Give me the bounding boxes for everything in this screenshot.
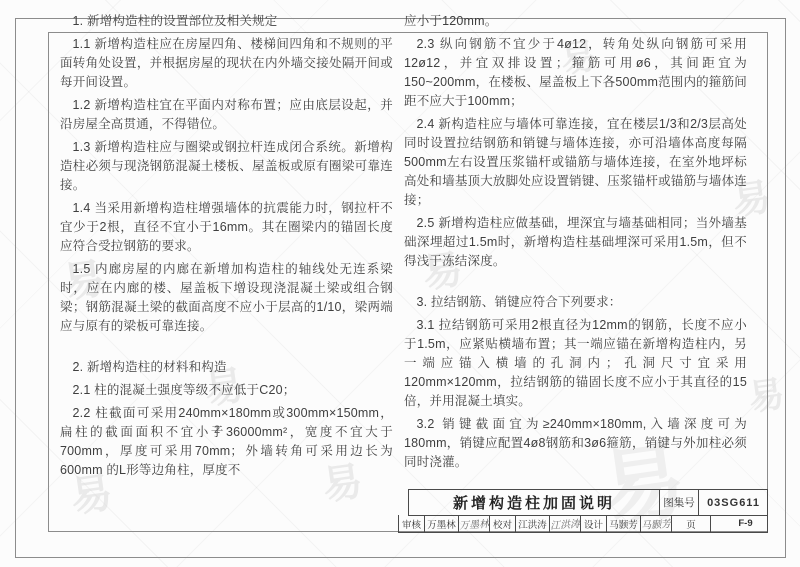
note-heading-3: 3. 拉结钢筋、销键应符合下列要求： bbox=[404, 293, 747, 312]
reviewer-signature-text: 万墨林 bbox=[459, 515, 490, 532]
note-3-2: 3.2 销键截面宜为≥240mm×180mm,入墙深度可为180mm，销键应配置… bbox=[404, 415, 747, 472]
note-2-2: 2.2 柱截面可采用240mm×180mm或300mm×150mm，扁柱的截面面… bbox=[60, 404, 393, 480]
note-1-5: 1.5 内廊房屋的内廊在新增加构造柱的轴线处无连系梁时，应在内廊的楼、屋盖板下增… bbox=[60, 260, 393, 336]
page-value: F-9 bbox=[711, 515, 780, 532]
designer-name: 马颢芳 bbox=[607, 515, 641, 532]
note-1-3: 1.3 新增构造柱应与圈梁或钢拉杆连成闭合系统。新增构造柱必须与现浇钢筋混凝土楼… bbox=[60, 138, 393, 195]
proofreader-label: 校对 bbox=[490, 515, 516, 532]
designer-signature: 马颢芳 bbox=[641, 515, 672, 532]
title-block-bottom-row: 审核 万墨林 万墨林 校对 江洪涛 江洪涛 设计 马颢芳 马颢芳 页 F-9 bbox=[398, 515, 768, 533]
designer-label: 设计 bbox=[581, 515, 607, 532]
note-1-2: 1.2 新增构造柱宜在平面内对称布置；应由底层设起，并沿房屋全高贯通，不得错位。 bbox=[60, 96, 393, 134]
notes-column-right: 应小于120mm。 2.3 纵向钢筋不宜少于4ø12，转角处纵向钢筋可采用12ø… bbox=[404, 8, 747, 476]
proofreader-signature-text: 江洪涛 bbox=[550, 515, 581, 532]
sheet-page-number: 2 bbox=[214, 424, 220, 436]
note-heading-2: 2. 新增构造柱的材料和构造 bbox=[60, 358, 393, 377]
note-1-4: 1.4 当采用新增构造柱增强墙体的抗震能力时，钢拉杆不宜少于2根，直径不宜小于1… bbox=[60, 199, 393, 256]
note-1-1: 1.1 新增构造柱应在房屋四角、楼梯间四角和不规则的平面转角处设置，并根据房屋的… bbox=[60, 35, 393, 92]
reviewer-label: 审核 bbox=[399, 515, 425, 532]
title-block-top-row: 新增构造柱加固说明 图集号 03SG611 bbox=[408, 489, 768, 516]
note-3-1: 3.1 拉结钢筋可采用2根直径为12mm的钢筋，长度不应小于1.5m，应紧贴横墙… bbox=[404, 316, 747, 411]
designer-signature-text: 马颢芳 bbox=[641, 515, 672, 532]
drawing-title: 新增构造柱加固说明 bbox=[409, 490, 660, 515]
notes-column-left: 1. 新增构造柱的设置部位及相关规定 1.1 新增构造柱应在房屋四角、楼梯间四角… bbox=[60, 8, 393, 484]
note-2-5: 2.5 新增构造柱应做基础，埋深宜与墙基础相同；当外墙基础深埋超过1.5m时，新… bbox=[404, 214, 747, 271]
atlas-number-value: 03SG611 bbox=[699, 490, 768, 515]
reviewer-name: 万墨林 bbox=[425, 515, 459, 532]
note-2-2-continued: 应小于120mm。 bbox=[404, 12, 747, 31]
atlas-number-label: 图集号 bbox=[660, 490, 699, 515]
drawing-sheet: 易 易 易 易 易 易 易 易 易 1. 新增构造柱的设置部位及相关规定 1.1… bbox=[0, 0, 800, 567]
note-2-1: 2.1 柱的混凝土强度等级不应低于C20； bbox=[60, 381, 393, 400]
note-heading-1: 1. 新增构造柱的设置部位及相关规定 bbox=[60, 12, 393, 31]
note-2-4: 2.4 新构造柱应与墙体可靠连接，宜在楼层1/3和2/3层高处同时设置拉结钢筋和… bbox=[404, 115, 747, 210]
proofreader-signature: 江洪涛 bbox=[550, 515, 581, 532]
proofreader-name: 江洪涛 bbox=[516, 515, 550, 532]
reviewer-signature: 万墨林 bbox=[459, 515, 490, 532]
note-2-3: 2.3 纵向钢筋不宜少于4ø12，转角处纵向钢筋可采用12ø12，并宜双排设置；… bbox=[404, 35, 747, 111]
page-label: 页 bbox=[672, 515, 711, 532]
